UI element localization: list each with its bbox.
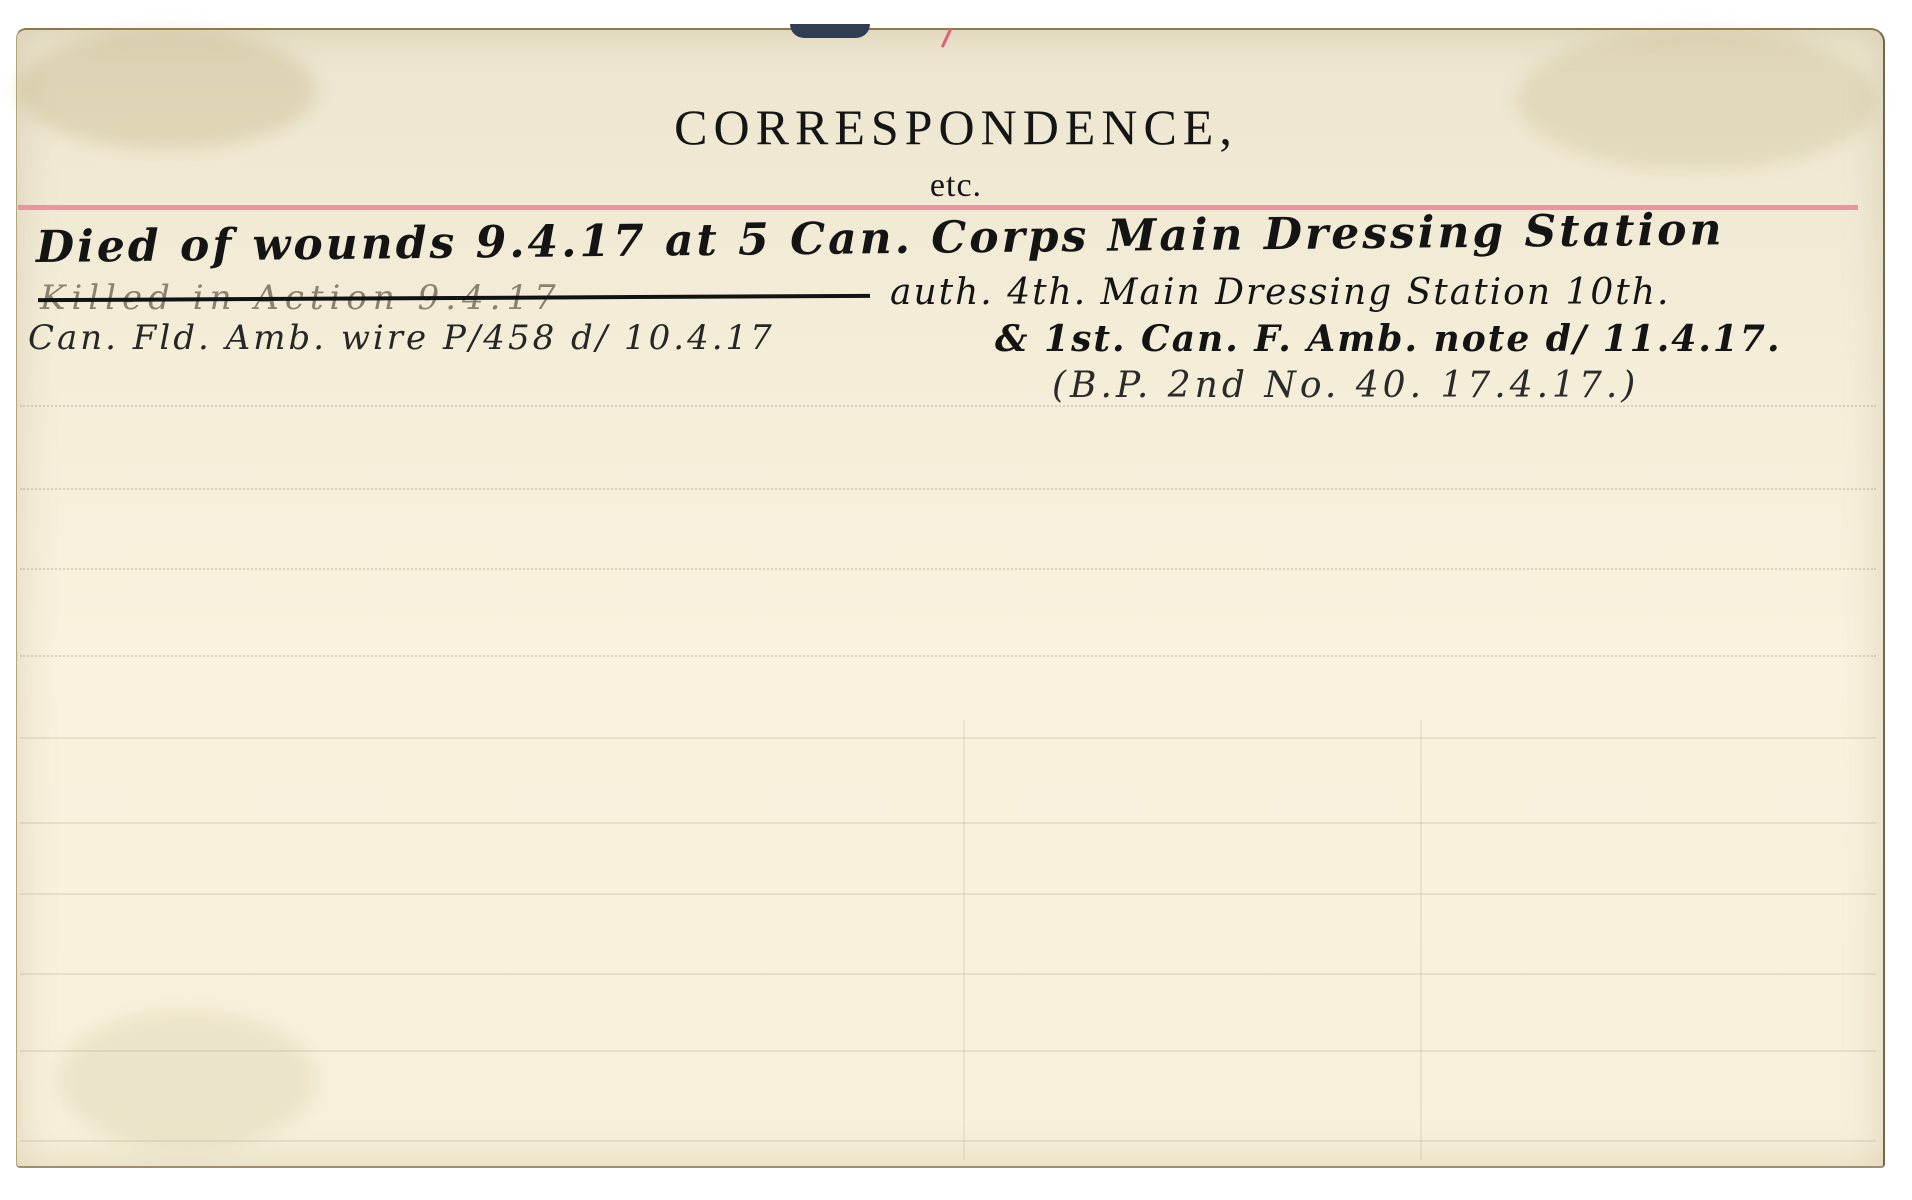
handwritten-entry-note-reference: & 1st. Can. F. Amb. note d/ 11.4.17. <box>995 318 1781 360</box>
ruled-line <box>20 655 1876 657</box>
ruled-line <box>20 1140 1876 1142</box>
ruled-line <box>20 893 1876 895</box>
ruled-line <box>20 822 1876 824</box>
age-stain <box>57 1010 317 1150</box>
ruled-line <box>20 737 1876 739</box>
column-line <box>963 720 965 1160</box>
handwritten-entry-wire-reference: Can. Fld. Amb. wire P/458 d/ 10.4.17 <box>28 318 775 358</box>
card-heading: CORRESPONDENCE, <box>0 98 1912 156</box>
paper-clip-mark <box>790 24 870 38</box>
ruled-line <box>20 568 1876 570</box>
column-line <box>1420 720 1422 1160</box>
handwritten-entry-authority: auth. 4th. Main Dressing Station 10th. <box>890 272 1670 313</box>
ruled-line <box>20 973 1876 975</box>
ruled-line <box>20 1050 1876 1052</box>
card-subheading: etc. <box>0 167 1912 205</box>
handwritten-entry-part-ii-order: (B.P. 2nd No. 40. 17.4.17.) <box>1052 365 1639 406</box>
ruled-line <box>20 488 1876 490</box>
